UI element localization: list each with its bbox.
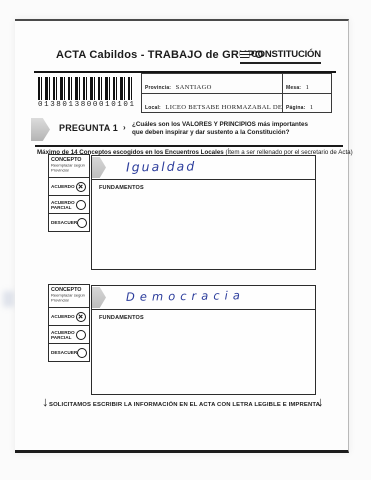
header-fields-table: Provincia: SANTIAGO Mesa: 1 Local: LICEO… (141, 73, 332, 113)
barcode-bars-icon (38, 77, 134, 100)
concept-chevron-icon (92, 287, 106, 308)
fundamentos-area[interactable] (92, 191, 315, 269)
provincia-label: Provincia: (145, 85, 171, 91)
option-desacuerdo[interactable]: DESACUERDO (48, 343, 90, 362)
concept-options-column: CONCEPTO Reemplazar según Provincial ACU… (48, 155, 90, 232)
option-acuerdo[interactable]: ACUERDO (48, 177, 90, 196)
acuerdo-parcial-label: ACUERDO PARCIAL (51, 330, 76, 340)
down-arrow-icon: ↓ (317, 394, 324, 409)
scanned-document: ACTA Cabildos - TRABAJO de GRUPO CONSTIT… (0, 0, 371, 480)
form-title: ACTA Cabildos - TRABAJO de GRUPO (56, 49, 263, 61)
concepto-sublabel: Reemplazar según Provincial (51, 163, 88, 172)
concept-answer-box: Democracia FUNDAMENTOS (91, 285, 316, 395)
acuerdo-parcial-radio[interactable] (76, 200, 86, 210)
pregunta-text-line1: ¿Cuáles son los VALORES Y PRINCIPIOS más… (132, 121, 308, 128)
local-label: Local: (145, 105, 161, 111)
option-acuerdo-parcial[interactable]: ACUERDO PARCIAL (48, 325, 90, 344)
desacuerdo-radio[interactable] (77, 348, 87, 358)
desacuerdo-label: DESACUERDO (51, 350, 77, 355)
concept-chevron-icon (92, 157, 106, 178)
concepto-header-cell: CONCEPTO Reemplazar según Provincial (48, 154, 90, 178)
option-acuerdo-parcial[interactable]: ACUERDO PARCIAL (48, 195, 90, 214)
desacuerdo-radio[interactable] (77, 218, 87, 228)
pagina-value: 1 (310, 104, 314, 111)
acuerdo-parcial-radio[interactable] (76, 330, 86, 340)
concepto-sublabel: Reemplazar según Provincial (51, 293, 88, 302)
provincia-value: SANTIAGO (176, 84, 212, 91)
mesa-value: 1 (306, 84, 310, 91)
acuerdo-radio[interactable] (76, 312, 86, 322)
form-page: ACTA Cabildos - TRABAJO de GRUPO CONSTIT… (15, 19, 349, 453)
pregunta-text: ¿Cuáles son los VALORES Y PRINCIPIOS más… (132, 121, 332, 137)
acuerdo-label: ACUERDO (51, 314, 76, 319)
acuerdo-label: ACUERDO (51, 184, 76, 189)
concepto-header-cell: CONCEPTO Reemplazar según Provincial (48, 284, 90, 308)
field-mesa: Mesa: 1 (283, 74, 331, 94)
logo-mark-icon (240, 51, 249, 59)
option-acuerdo[interactable]: ACUERDO (48, 307, 90, 326)
pregunta-text-line2: que deben inspirar y dar sustento a la C… (132, 129, 289, 136)
barcode-number: 0138013800010101 (38, 101, 134, 109)
mesa-label: Mesa: (286, 85, 301, 91)
option-desacuerdo[interactable]: DESACUERDO (48, 213, 90, 232)
concept-name-row[interactable]: Democracia (92, 286, 315, 310)
pagina-label: Página: (286, 105, 305, 111)
local-value: LICEO BETSABE HORMAZABAL DE ALARC (165, 104, 283, 111)
barcode: 0138013800010101 (38, 77, 134, 109)
logo-text: CONSTITUCIÓN (251, 49, 321, 60)
concept-name-row[interactable]: Igualdad (92, 156, 315, 180)
pregunta-label: PREGUNTA 1 (59, 123, 118, 133)
pregunta-chevron-icon (31, 118, 50, 141)
section-rule (35, 145, 343, 147)
handwritten-concept: Democracia (126, 288, 245, 304)
pregunta-separator: › (123, 123, 126, 132)
handwritten-concept: Igualdad (126, 159, 196, 175)
down-arrow-icon: ↓ (42, 394, 49, 409)
concept-answer-box: Igualdad FUNDAMENTOS (91, 155, 316, 270)
field-provincia: Provincia: SANTIAGO (142, 74, 283, 94)
fundamentos-label: FUNDAMENTOS (92, 310, 315, 321)
acuerdo-parcial-label: ACUERDO PARCIAL (51, 200, 76, 210)
desacuerdo-label: DESACUERDO (51, 220, 77, 225)
scan-smudge (3, 291, 14, 307)
fundamentos-label: FUNDAMENTOS (92, 180, 315, 191)
footer-note: SOLICITAMOS ESCRIBIR LA INFORMACIÓN EN E… (49, 402, 315, 408)
constitucion-logo: CONSTITUCIÓN (240, 49, 321, 64)
acuerdo-radio[interactable] (76, 182, 86, 192)
field-pagina: Página: 1 (283, 94, 331, 113)
concept-options-column: CONCEPTO Reemplazar según Provincial ACU… (48, 285, 90, 362)
fundamentos-area[interactable] (92, 321, 315, 394)
field-local: Local: LICEO BETSABE HORMAZABAL DE ALARC (142, 94, 283, 113)
